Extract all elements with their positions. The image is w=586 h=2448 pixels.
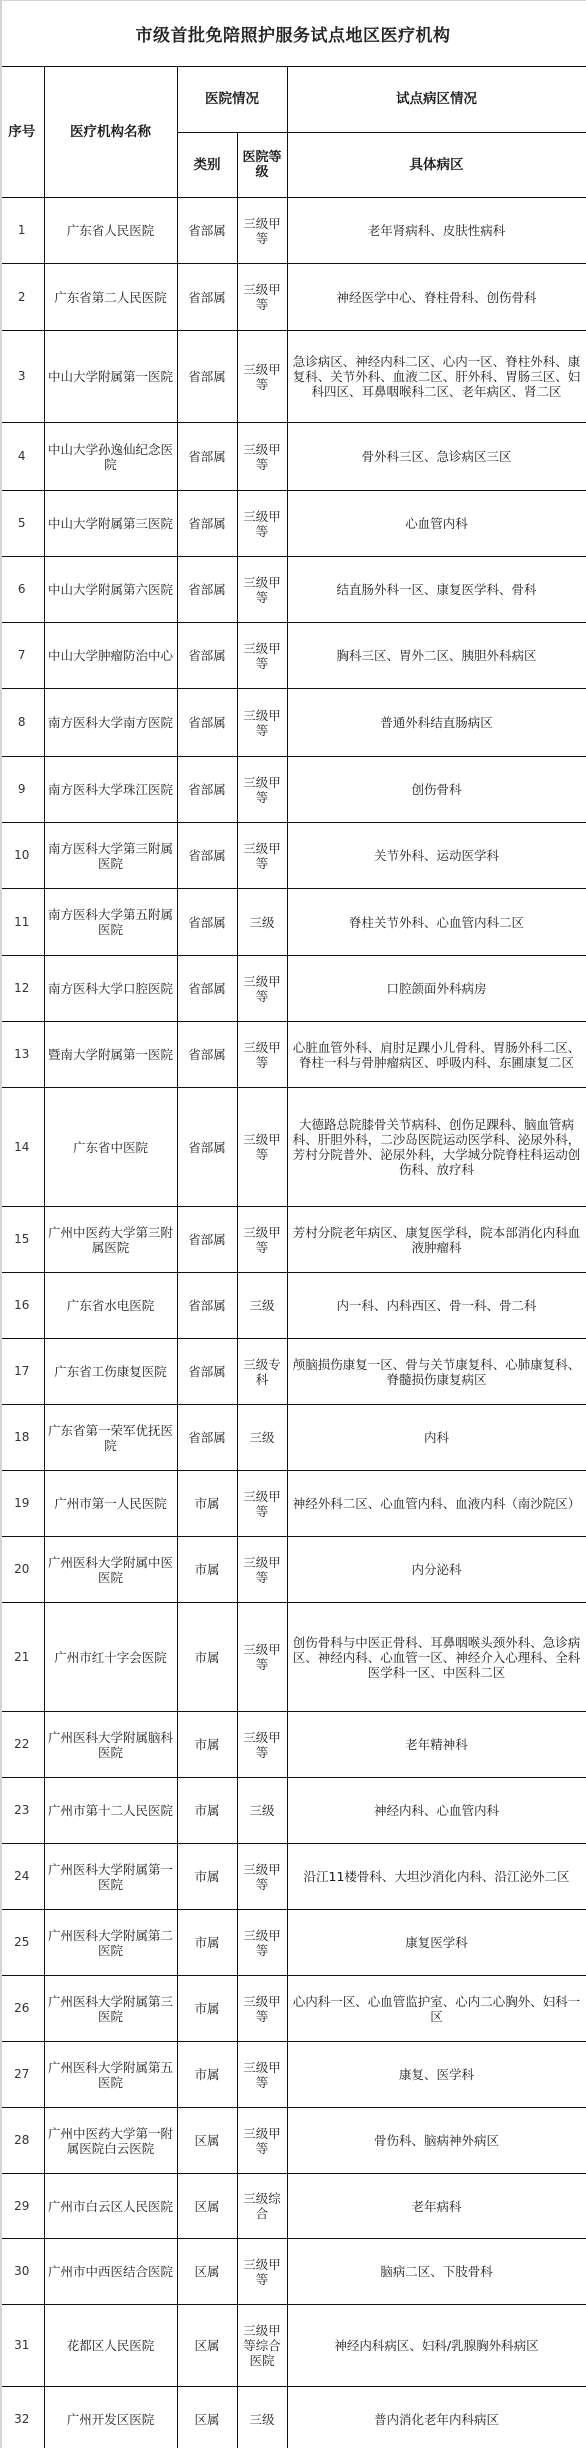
hospital-grade: 三级甲等 — [237, 2239, 287, 2305]
hospital-name: 广州市红十字会医院 — [44, 1603, 177, 1712]
table-row: 18广东省第一荣军优抚医院省部属三级内科 — [0, 1405, 586, 1471]
hospital-name: 南方医科大学珠江医院 — [44, 757, 177, 823]
hospital-category: 省部属 — [177, 557, 237, 623]
hospital-name: 广州开发区医院 — [44, 2387, 177, 2448]
row-index: 22 — [0, 1712, 44, 1778]
table-row: 17广东省工伤康复医院省部属三级专科颅脑损伤康复一区、骨与关节康复科、心肺康复科… — [0, 1339, 586, 1405]
hospital-name: 广州市白云区人民医院 — [44, 2174, 177, 2239]
hospital-grade: 三级甲等 — [237, 1712, 287, 1778]
hospital-category: 省部属 — [177, 1022, 237, 1088]
row-index: 27 — [0, 2042, 44, 2108]
hospital-category: 市属 — [177, 1910, 237, 1976]
hospital-category: 市属 — [177, 1976, 237, 2042]
hospital-grade: 三级甲等 — [237, 1976, 287, 2042]
hospital-name: 广东省人民医院 — [44, 198, 177, 264]
hospital-grade: 三级 — [237, 889, 287, 956]
row-index: 13 — [0, 1022, 44, 1088]
hospital-grade: 三级甲等 — [237, 491, 287, 557]
hospital-grade: 三级甲等 — [237, 956, 287, 1022]
table-row: 21广州市红十字会医院市属三级甲等创伤骨科与中医正骨科、耳鼻咽喉头颈外科、急诊病… — [0, 1603, 586, 1712]
header-grade: 医院等级 — [237, 133, 287, 198]
hospital-category: 省部属 — [177, 198, 237, 264]
row-index: 9 — [0, 757, 44, 823]
row-index: 25 — [0, 1910, 44, 1976]
table-row: 23广州市第十二人民医院市属三级神经内科、心血管内科 — [0, 1778, 586, 1844]
pilot-wards: 芳村分院老年病区、康复医学科，院本部消化内科血液肿瘤科 — [287, 1207, 586, 1273]
hospital-category: 省部属 — [177, 1339, 237, 1405]
hospital-name: 广东省第二人民医院 — [44, 264, 177, 331]
hospital-name: 广州医科大学附属中医医院 — [44, 1537, 177, 1603]
pilot-wards: 心内科一区、心血管监护室、心内二心胸外、妇科一区 — [287, 1976, 586, 2042]
header-category: 类别 — [177, 133, 237, 198]
hospital-grade: 三级 — [237, 1778, 287, 1844]
hospital-name: 广州医科大学附属第一医院 — [44, 1844, 177, 1910]
table-row: 9南方医科大学珠江医院省部属三级甲等创伤骨科 — [0, 757, 586, 823]
hospital-name: 广东省中医院 — [44, 1088, 177, 1207]
table-row: 16广东省水电医院省部属三级内一科、内科西区、骨一科、骨二科 — [0, 1273, 586, 1339]
hospital-name: 南方医科大学口腔医院 — [44, 956, 177, 1022]
hospital-category: 省部属 — [177, 423, 237, 491]
pilot-wards: 老年精神科 — [287, 1712, 586, 1778]
row-index: 18 — [0, 1405, 44, 1471]
pilot-wards: 内一科、内科西区、骨一科、骨二科 — [287, 1273, 586, 1339]
left-edge — [0, 0, 2, 2448]
hospital-category: 省部属 — [177, 1405, 237, 1471]
hospital-category: 市属 — [177, 1778, 237, 1844]
hospital-name: 中山大学附属第一医院 — [44, 331, 177, 423]
row-index: 15 — [0, 1207, 44, 1273]
hospital-name: 广东省水电医院 — [44, 1273, 177, 1339]
hospital-category: 市属 — [177, 1537, 237, 1603]
pilot-wards: 急诊病区、神经内科二区、心内一区、脊柱外科、康复科、关节外科、血液二区、肝外科、… — [287, 331, 586, 423]
hospital-grade: 三级甲等 — [237, 1207, 287, 1273]
hospital-name: 广州医科大学附属脑科医院 — [44, 1712, 177, 1778]
hospital-grade: 三级 — [237, 1405, 287, 1471]
hospital-grade: 三级甲等 — [237, 198, 287, 264]
hospital-grade: 三级甲等 — [237, 689, 287, 757]
hospital-name: 广州中医药大学第一附属医院白云医院 — [44, 2108, 177, 2174]
row-index: 17 — [0, 1339, 44, 1405]
row-index: 19 — [0, 1471, 44, 1537]
pilot-wards: 康复、医学科 — [287, 2042, 586, 2108]
table-row: 15广州中医药大学第三附属医院省部属三级甲等芳村分院老年病区、康复医学科，院本部… — [0, 1207, 586, 1273]
hospital-grade: 三级甲等 — [237, 1537, 287, 1603]
hospital-category: 市属 — [177, 1603, 237, 1712]
hospital-name: 广州中医药大学第三附属医院 — [44, 1207, 177, 1273]
hospital-category: 省部属 — [177, 1207, 237, 1273]
row-index: 2 — [0, 264, 44, 331]
row-index: 21 — [0, 1603, 44, 1712]
row-index: 30 — [0, 2239, 44, 2305]
row-index: 31 — [0, 2305, 44, 2387]
hospital-name: 南方医科大学第三附属医院 — [44, 823, 177, 889]
hospital-grade: 三级甲等 — [237, 623, 287, 689]
row-index: 8 — [0, 689, 44, 757]
hospital-category: 区属 — [177, 2174, 237, 2239]
row-index: 10 — [0, 823, 44, 889]
row-index: 14 — [0, 1088, 44, 1207]
table-row: 29广州市白云区人民医院区属三级综合老年病科 — [0, 2174, 586, 2239]
header-pilot-info: 试点病区情况 — [287, 67, 586, 133]
table-row: 31花都区人民医院区属三级甲等综合医院神经内科病区、妇科/乳腺胸外科病区 — [0, 2305, 586, 2387]
hospital-grade: 三级甲等 — [237, 1844, 287, 1910]
hospital-grade: 三级甲等 — [237, 1910, 287, 1976]
pilot-wards: 普内消化老年内科病区 — [287, 2387, 586, 2448]
table-row: 28广州中医药大学第一附属医院白云医院区属三级甲等骨伤科、脑病神外病区 — [0, 2108, 586, 2174]
pilot-wards: 神经内科病区、妇科/乳腺胸外科病区 — [287, 2305, 586, 2387]
table-row: 25广州医科大学附属第二医院市属三级甲等康复医学科 — [0, 1910, 586, 1976]
hospital-category: 省部属 — [177, 757, 237, 823]
table-row: 7中山大学肿瘤防治中心省部属三级甲等胸科三区、胃外二区、胰胆外科病区 — [0, 623, 586, 689]
hospital-category: 市属 — [177, 2042, 237, 2108]
pilot-wards: 胸科三区、胃外二区、胰胆外科病区 — [287, 623, 586, 689]
hospital-table: 序号 医疗机构名称 医院情况 试点病区情况 类别 医院等级 具体病区 1广东省人… — [0, 66, 586, 2448]
hospital-category: 省部属 — [177, 1273, 237, 1339]
hospital-grade: 三级甲等 — [237, 2108, 287, 2174]
table-row: 22广州医科大学附属脑科医院市属三级甲等老年精神科 — [0, 1712, 586, 1778]
hospital-category: 省部属 — [177, 823, 237, 889]
hospital-category: 区属 — [177, 2108, 237, 2174]
hospital-name: 广州医科大学附属第三医院 — [44, 1976, 177, 2042]
hospital-grade: 三级甲等 — [237, 823, 287, 889]
row-index: 26 — [0, 1976, 44, 2042]
hospital-grade: 三级甲等 — [237, 1022, 287, 1088]
hospital-grade: 三级甲等 — [237, 1603, 287, 1712]
hospital-name: 南方医科大学南方医院 — [44, 689, 177, 757]
hospital-grade: 三级综合 — [237, 2174, 287, 2239]
pilot-wards: 创伤骨科与中医正骨科、耳鼻咽喉头颈外科、急诊病区、神经内科、心血管一区、神经介入… — [287, 1603, 586, 1712]
table-row: 1广东省人民医院省部属三级甲等老年肾病科、皮肤性病科 — [0, 198, 586, 264]
hospital-grade: 三级甲等 — [237, 757, 287, 823]
pilot-wards: 骨外科三区、急诊病区三区 — [287, 423, 586, 491]
row-index: 20 — [0, 1537, 44, 1603]
row-index: 5 — [0, 491, 44, 557]
table-row: 10南方医科大学第三附属医院省部属三级甲等关节外科、运动医学科 — [0, 823, 586, 889]
row-index: 1 — [0, 198, 44, 264]
hospital-grade: 三级甲等 — [237, 557, 287, 623]
hospital-category: 省部属 — [177, 491, 237, 557]
pilot-wards: 沿江11楼骨科、大坦沙消化内科、沿江泌外二区 — [287, 1844, 586, 1910]
page-title: 市级首批免陪照护服务试点地区医疗机构 — [0, 0, 586, 66]
row-index: 12 — [0, 956, 44, 1022]
table-row: 5中山大学附属第三医院省部属三级甲等心血管内科 — [0, 491, 586, 557]
hospital-name: 广州市中西医结合医院 — [44, 2239, 177, 2305]
table-row: 32广州开发区医院区属三级普内消化老年内科病区 — [0, 2387, 586, 2448]
pilot-wards: 骨伤科、脑病神外病区 — [287, 2108, 586, 2174]
hospital-grade: 三级 — [237, 2387, 287, 2448]
hospital-name: 南方医科大学第五附属医院 — [44, 889, 177, 956]
table-row: 8南方医科大学南方医院省部属三级甲等普通外科结直肠病区 — [0, 689, 586, 757]
hospital-name: 广州市第十二人民医院 — [44, 1778, 177, 1844]
hospital-category: 区属 — [177, 2305, 237, 2387]
pilot-wards: 神经外科二区、心血管内科、血液内科（南沙院区） — [287, 1471, 586, 1537]
hospital-category: 省部属 — [177, 689, 237, 757]
table-row: 2广东省第二人民医院省部属三级甲等神经医学中心、脊柱骨科、创伤骨科 — [0, 264, 586, 331]
hospital-grade: 三级甲等 — [237, 264, 287, 331]
pilot-wards: 大德路总院膝骨关节病科、创伤足踝科、脑血管病科、肝胆外科，二沙岛医院运动医学科、… — [287, 1088, 586, 1207]
pilot-wards: 神经医学中心、脊柱骨科、创伤骨科 — [287, 264, 586, 331]
hospital-category: 省部属 — [177, 956, 237, 1022]
pilot-wards: 心血管内科 — [287, 491, 586, 557]
hospital-category: 省部属 — [177, 1088, 237, 1207]
pilot-wards: 结直肠外科一区、康复医学科、骨科 — [287, 557, 586, 623]
table-row: 14广东省中医院省部属三级甲等大德路总院膝骨关节病科、创伤足踝科、脑血管病科、肝… — [0, 1088, 586, 1207]
pilot-wards: 内科 — [287, 1405, 586, 1471]
hospital-grade: 三级甲等 — [237, 1471, 287, 1537]
row-index: 11 — [0, 889, 44, 956]
hospital-category: 省部属 — [177, 331, 237, 423]
pilot-wards: 心脏血管外科、肩肘足踝小儿骨科、胃肠外科二区、脊柱一科与骨肿瘤病区、呼吸内科、东… — [287, 1022, 586, 1088]
pilot-wards: 老年肾病科、皮肤性病科 — [287, 198, 586, 264]
pilot-wards: 康复医学科 — [287, 1910, 586, 1976]
row-index: 16 — [0, 1273, 44, 1339]
pilot-wards: 神经内科、心血管内科 — [287, 1778, 586, 1844]
table-row: 19广州市第一人民医院市属三级甲等神经外科二区、心血管内科、血液内科（南沙院区） — [0, 1471, 586, 1537]
hospital-grade: 三级甲等 — [237, 2042, 287, 2108]
hospital-grade: 三级甲等综合医院 — [237, 2305, 287, 2387]
table-row: 12南方医科大学口腔医院省部属三级甲等口腔颌面外科病房 — [0, 956, 586, 1022]
hospital-grade: 三级专科 — [237, 1339, 287, 1405]
pilot-wards: 老年病科 — [287, 2174, 586, 2239]
row-index: 4 — [0, 423, 44, 491]
table-row: 11南方医科大学第五附属医院省部属三级脊柱关节外科、心血管内科二区 — [0, 889, 586, 956]
hospital-category: 区属 — [177, 2387, 237, 2448]
hospital-name: 广州市第一人民医院 — [44, 1471, 177, 1537]
hospital-name: 广东省第一荣军优抚医院 — [44, 1405, 177, 1471]
header-hospital-info: 医院情况 — [177, 67, 287, 133]
hospital-category: 省部属 — [177, 623, 237, 689]
pilot-wards: 创伤骨科 — [287, 757, 586, 823]
hospital-name: 中山大学孙逸仙纪念医院 — [44, 423, 177, 491]
table-row: 4中山大学孙逸仙纪念医院省部属三级甲等骨外科三区、急诊病区三区 — [0, 423, 586, 491]
hospital-category: 市属 — [177, 1712, 237, 1778]
hospital-name: 广州医科大学附属第二医院 — [44, 1910, 177, 1976]
hospital-category: 市属 — [177, 1844, 237, 1910]
pilot-wards: 口腔颌面外科病房 — [287, 956, 586, 1022]
row-index: 28 — [0, 2108, 44, 2174]
table-row: 6中山大学附属第六医院省部属三级甲等结直肠外科一区、康复医学科、骨科 — [0, 557, 586, 623]
pilot-wards: 普通外科结直肠病区 — [287, 689, 586, 757]
hospital-name: 中山大学肿瘤防治中心 — [44, 623, 177, 689]
hospital-grade: 三级甲等 — [237, 331, 287, 423]
hospital-name: 中山大学附属第三医院 — [44, 491, 177, 557]
row-index: 3 — [0, 331, 44, 423]
hospital-grade: 三级甲等 — [237, 423, 287, 491]
pilot-wards: 关节外科、运动医学科 — [287, 823, 586, 889]
row-index: 29 — [0, 2174, 44, 2239]
header-wards: 具体病区 — [287, 133, 586, 198]
table-row: 13暨南大学附属第一医院省部属三级甲等心脏血管外科、肩肘足踝小儿骨科、胃肠外科二… — [0, 1022, 586, 1088]
pilot-wards: 脊柱关节外科、心血管内科二区 — [287, 889, 586, 956]
pilot-wards: 内分泌科 — [287, 1537, 586, 1603]
table-row: 20广州医科大学附属中医医院市属三级甲等内分泌科 — [0, 1537, 586, 1603]
hospital-name: 花都区人民医院 — [44, 2305, 177, 2387]
row-index: 7 — [0, 623, 44, 689]
header-index: 序号 — [0, 67, 44, 198]
table-row: 26广州医科大学附属第三医院市属三级甲等心内科一区、心血管监护室、心内二心胸外、… — [0, 1976, 586, 2042]
table-row: 27广州医科大学附属第五医院市属三级甲等康复、医学科 — [0, 2042, 586, 2108]
hospital-category: 省部属 — [177, 264, 237, 331]
hospital-grade: 三级甲等 — [237, 1088, 287, 1207]
pilot-wards: 颅脑损伤康复一区、骨与关节康复科、心肺康复科、脊髓损伤康复病区 — [287, 1339, 586, 1405]
table-row: 3中山大学附属第一医院省部属三级甲等急诊病区、神经内科二区、心内一区、脊柱外科、… — [0, 331, 586, 423]
hospital-category: 省部属 — [177, 889, 237, 956]
header-name: 医疗机构名称 — [44, 67, 177, 198]
row-index: 23 — [0, 1778, 44, 1844]
row-index: 32 — [0, 2387, 44, 2448]
hospital-category: 区属 — [177, 2239, 237, 2305]
hospital-name: 广州医科大学附属第五医院 — [44, 2042, 177, 2108]
hospital-name: 暨南大学附属第一医院 — [44, 1022, 177, 1088]
hospital-grade: 三级 — [237, 1273, 287, 1339]
row-index: 6 — [0, 557, 44, 623]
table-row: 30广州市中西医结合医院区属三级甲等脑病二区、下肢骨科 — [0, 2239, 586, 2305]
pilot-wards: 脑病二区、下肢骨科 — [287, 2239, 586, 2305]
hospital-name: 广东省工伤康复医院 — [44, 1339, 177, 1405]
table-row: 24广州医科大学附属第一医院市属三级甲等沿江11楼骨科、大坦沙消化内科、沿江泌外… — [0, 1844, 586, 1910]
row-index: 24 — [0, 1844, 44, 1910]
hospital-category: 市属 — [177, 1471, 237, 1537]
hospital-name: 中山大学附属第六医院 — [44, 557, 177, 623]
